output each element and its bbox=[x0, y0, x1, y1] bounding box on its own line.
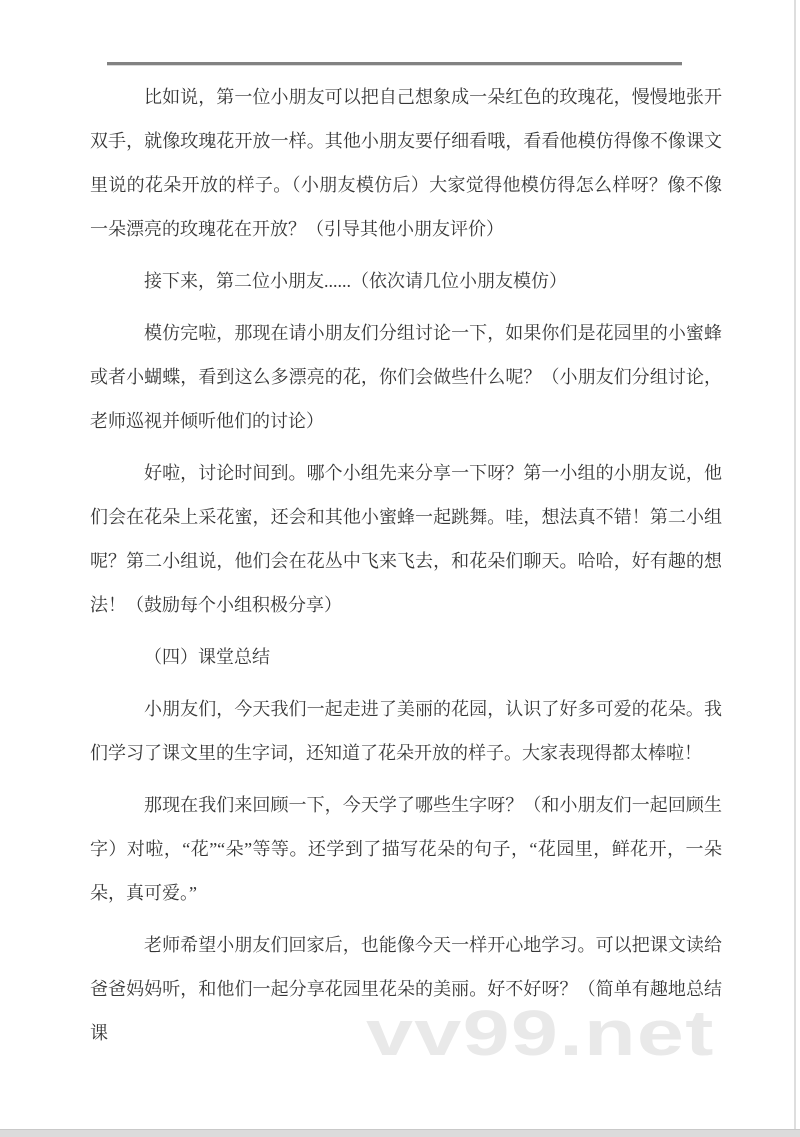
paragraph: 那现在我们来回顾一下，今天学了哪些生字呀？（和小朋友们一起回顾生字）对啦，“花”… bbox=[90, 783, 722, 915]
document-page: 比如说，第一位小朋友可以把自己想象成一朵红色的玫瑰花，慢慢地张开双手，就像玫瑰花… bbox=[0, 0, 800, 1137]
paragraph: 好啦，讨论时间到。哪个小组先来分享一下呀？第一小组的小朋友说，他们会在花朵上采花… bbox=[90, 451, 722, 627]
header-rule bbox=[107, 62, 682, 65]
section-heading: （四）课堂总结 bbox=[90, 635, 722, 679]
page-right-edge-line bbox=[794, 0, 796, 1137]
paragraph: 老师希望小朋友们回家后，也能像今天一样开心地学习。可以把课文读给爸爸妈妈听，和他… bbox=[90, 923, 722, 1055]
paragraph: 模仿完啦，那现在请小朋友们分组讨论一下，如果你们是花园里的小蜜蜂或者小蝴蝶，看到… bbox=[90, 311, 722, 443]
paragraph: 比如说，第一位小朋友可以把自己想象成一朵红色的玫瑰花，慢慢地张开双手，就像玫瑰花… bbox=[90, 75, 722, 251]
paragraph: 接下来，第二位小朋友......（依次请几位小朋友模仿） bbox=[90, 259, 722, 303]
page-bottom-edge bbox=[0, 1129, 800, 1137]
paragraph: 小朋友们，今天我们一起走进了美丽的花园，认识了好多可爱的花朵。我们学习了课文里的… bbox=[90, 687, 722, 775]
document-body: 比如说，第一位小朋友可以把自己想象成一朵红色的玫瑰花，慢慢地张开双手，就像玫瑰花… bbox=[90, 75, 722, 1063]
